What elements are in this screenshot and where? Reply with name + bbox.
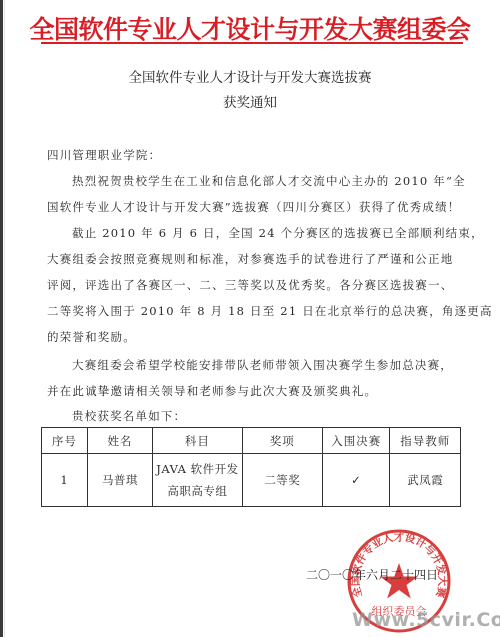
paragraph-line: 的荣誉和奖励。 — [47, 329, 136, 345]
salutation: 四川管理职业学院： — [47, 147, 161, 163]
paragraph-line: 热烈祝贺贵校学生在工业和信息化部人才交流中心主办的 2010 年“全 — [72, 173, 466, 189]
cell-subject: JAVA 软件开发 高职高专组 — [153, 454, 242, 507]
header-name: 姓名 — [87, 428, 153, 454]
award-list-intro: 贵校获奖名单如下： — [72, 408, 186, 424]
notice-title: 全国软件专业人才设计与开发大赛选拔赛 — [0, 66, 500, 86]
award-table: 序号 姓名 科目 奖项 入围决赛 指导教师 1 马普琪 JAVA 软件开发 高职… — [41, 427, 461, 507]
letterhead-rule — [41, 42, 463, 44]
table-header-row: 序号 姓名 科目 奖项 入围决赛 指导教师 — [42, 428, 461, 454]
header-award: 奖项 — [242, 428, 322, 454]
paragraph-line: 大赛组委会希望学校能安排带队老师带领入围决赛学生参加总决赛， — [72, 357, 453, 373]
header-finalist: 入围决赛 — [323, 428, 390, 454]
cell-name: 马普琪 — [87, 454, 153, 507]
subject-line-2: 高职高专组 — [153, 480, 241, 502]
header-subject: 科目 — [153, 428, 242, 454]
header-index: 序号 — [42, 428, 88, 454]
cell-index: 1 — [42, 454, 88, 507]
letterhead-title: 全国软件专业人才设计与开发大赛组委会 — [0, 10, 500, 46]
paragraph-line: 国软件专业人才设计与开发大赛”选拔赛（四川分赛区）获得了优秀成绩！ — [47, 199, 460, 215]
paragraph-line: 并在此诚挚邀请相关领导和老师参与此次大赛及颁奖典礼。 — [47, 383, 377, 399]
paragraph-line: 评阅，评选出了各赛区一、二、三等奖以及优秀奖。各分赛区选拔赛一、 — [47, 277, 453, 293]
signature-date: 二〇一〇年六月二十四日 — [306, 566, 438, 583]
table-row: 1 马普琪 JAVA 软件开发 高职高专组 二等奖 ✓ 武凤霞 — [42, 454, 461, 507]
subject-line-1: JAVA 软件开发 — [153, 458, 241, 480]
site-watermark: Www.5cvir.Com — [352, 609, 500, 631]
paragraph-line: 截止 2010 年 6 月 6 日，全国 24 个分赛区的选拔赛已全部顺利结束， — [72, 225, 484, 241]
cell-award: 二等奖 — [242, 454, 322, 507]
cell-advisor: 武凤霞 — [390, 454, 461, 507]
paragraph-line: 二等奖将入围于 2010 年 8 月 18 日至 21 日在北京举行的总决赛，角… — [47, 303, 493, 319]
paragraph-line: 大赛组委会按照竞赛规则和标准，对参赛选手的试卷进行了严谨和公正地 — [47, 251, 453, 267]
cell-finalist-check-icon: ✓ — [323, 454, 390, 507]
header-advisor: 指导教师 — [390, 428, 461, 454]
notice-subtitle: 获奖通知 — [0, 91, 500, 111]
